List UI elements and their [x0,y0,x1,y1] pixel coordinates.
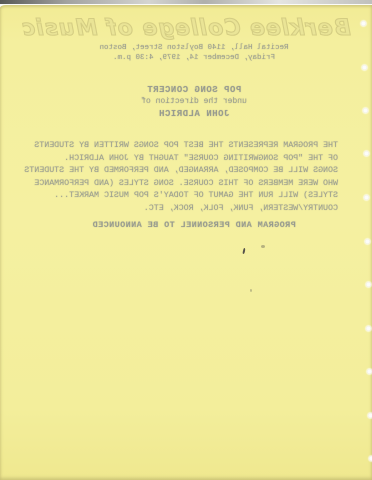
binder-hole [364,151,369,156]
ink-speck [250,289,252,292]
binder-hole [366,282,371,287]
ink-speck [261,245,265,248]
binder-hole [365,239,370,244]
binder-hole [366,326,371,331]
binder-hole [368,413,372,418]
scanned-document-page: { "page": { "paper_color": "#f4ef9e", "s… [0,0,372,480]
binder-hole [363,108,368,113]
binder-hole [364,195,369,200]
binder-hole [367,369,372,374]
binder-hole [362,65,367,70]
binder-hole [369,456,372,461]
ink-speck [242,248,245,254]
binder-hole [361,21,366,26]
physical-artifacts-layer [0,0,372,480]
scan-shadow-edge [0,0,372,4]
